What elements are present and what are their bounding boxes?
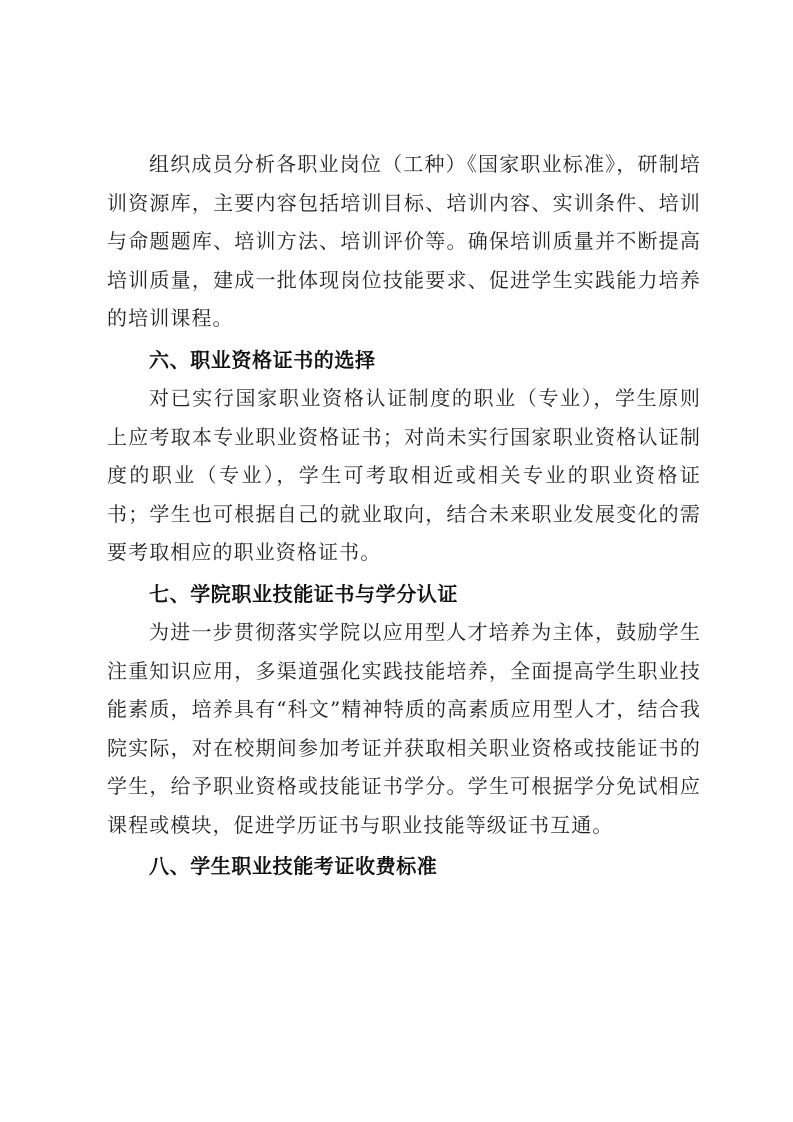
section-heading-6-certificate-selection: 六、职业资格证书的选择 bbox=[107, 341, 701, 380]
paragraph-training-resources: 组织成员分析各职业岗位（工种）《国家职业标准》，研制培训资源库，主要内容包括培训… bbox=[107, 145, 701, 338]
section-heading-7-credit-recognition: 七、学院职业技能证书与学分认证 bbox=[107, 575, 701, 614]
paragraph-certificate-selection: 对已实行国家职业资格认证制度的职业（专业），学生原则上应考取本专业职业资格证书；… bbox=[107, 379, 701, 572]
section-heading-8-fee-standard: 八、学生职业技能考证收费标准 bbox=[107, 847, 701, 886]
document-page: 组织成员分析各职业岗位（工种）《国家职业标准》，研制培训资源库，主要内容包括培训… bbox=[107, 145, 701, 886]
paragraph-credit-recognition: 为进一步贯彻落实学院以应用型人才培养为主体，鼓励学生注重知识应用，多渠道强化实践… bbox=[107, 613, 701, 844]
